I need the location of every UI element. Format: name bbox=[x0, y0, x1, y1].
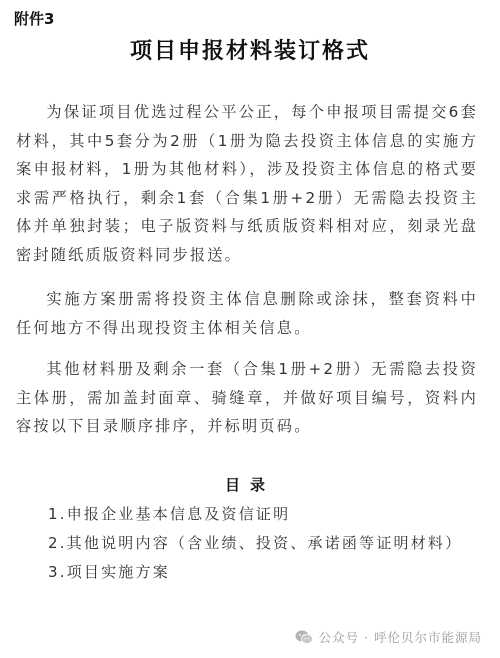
watermark-footer: 公众号 · 呼伦贝尔市能源局 bbox=[295, 628, 482, 646]
wechat-icon bbox=[295, 630, 313, 644]
toc-item: 1.申报企业基本信息及资信证明 bbox=[48, 500, 462, 529]
paragraph-3: 其他材料册及剩余一套（合集1册+2册）无需隐去投资主体册，需加盖封面章、骑缝章，… bbox=[16, 355, 478, 441]
toc-list: 1.申报企业基本信息及资信证明 2.其他说明内容（含业绩、投资、承诺函等证明材料… bbox=[48, 500, 462, 587]
attachment-label: 附件3 bbox=[14, 8, 54, 29]
paragraph-text: 为保证项目优选过程公平公正，每个申报项目需提交6套材料，其中5套分为2册（1册为… bbox=[16, 98, 478, 269]
document-title: 项目申报材料装订格式 bbox=[0, 34, 500, 65]
toc-title: 目录 bbox=[0, 474, 500, 495]
paragraph-2: 实施方案册需将投资主体信息删除或涂抹，整套资料中任何地方不得出现投资主体相关信息… bbox=[16, 285, 478, 342]
toc-item: 2.其他说明内容（含业绩、投资、承诺函等证明材料） bbox=[48, 529, 462, 558]
paragraph-1: 为保证项目优选过程公平公正，每个申报项目需提交6套材料，其中5套分为2册（1册为… bbox=[16, 98, 478, 269]
paragraph-text: 实施方案册需将投资主体信息删除或涂抹，整套资料中任何地方不得出现投资主体相关信息… bbox=[16, 285, 478, 342]
paragraph-text: 其他材料册及剩余一套（合集1册+2册）无需隐去投资主体册，需加盖封面章、骑缝章，… bbox=[16, 355, 478, 441]
toc-item: 3.项目实施方案 bbox=[48, 558, 462, 587]
footer-text: 公众号 · 呼伦贝尔市能源局 bbox=[319, 628, 482, 646]
